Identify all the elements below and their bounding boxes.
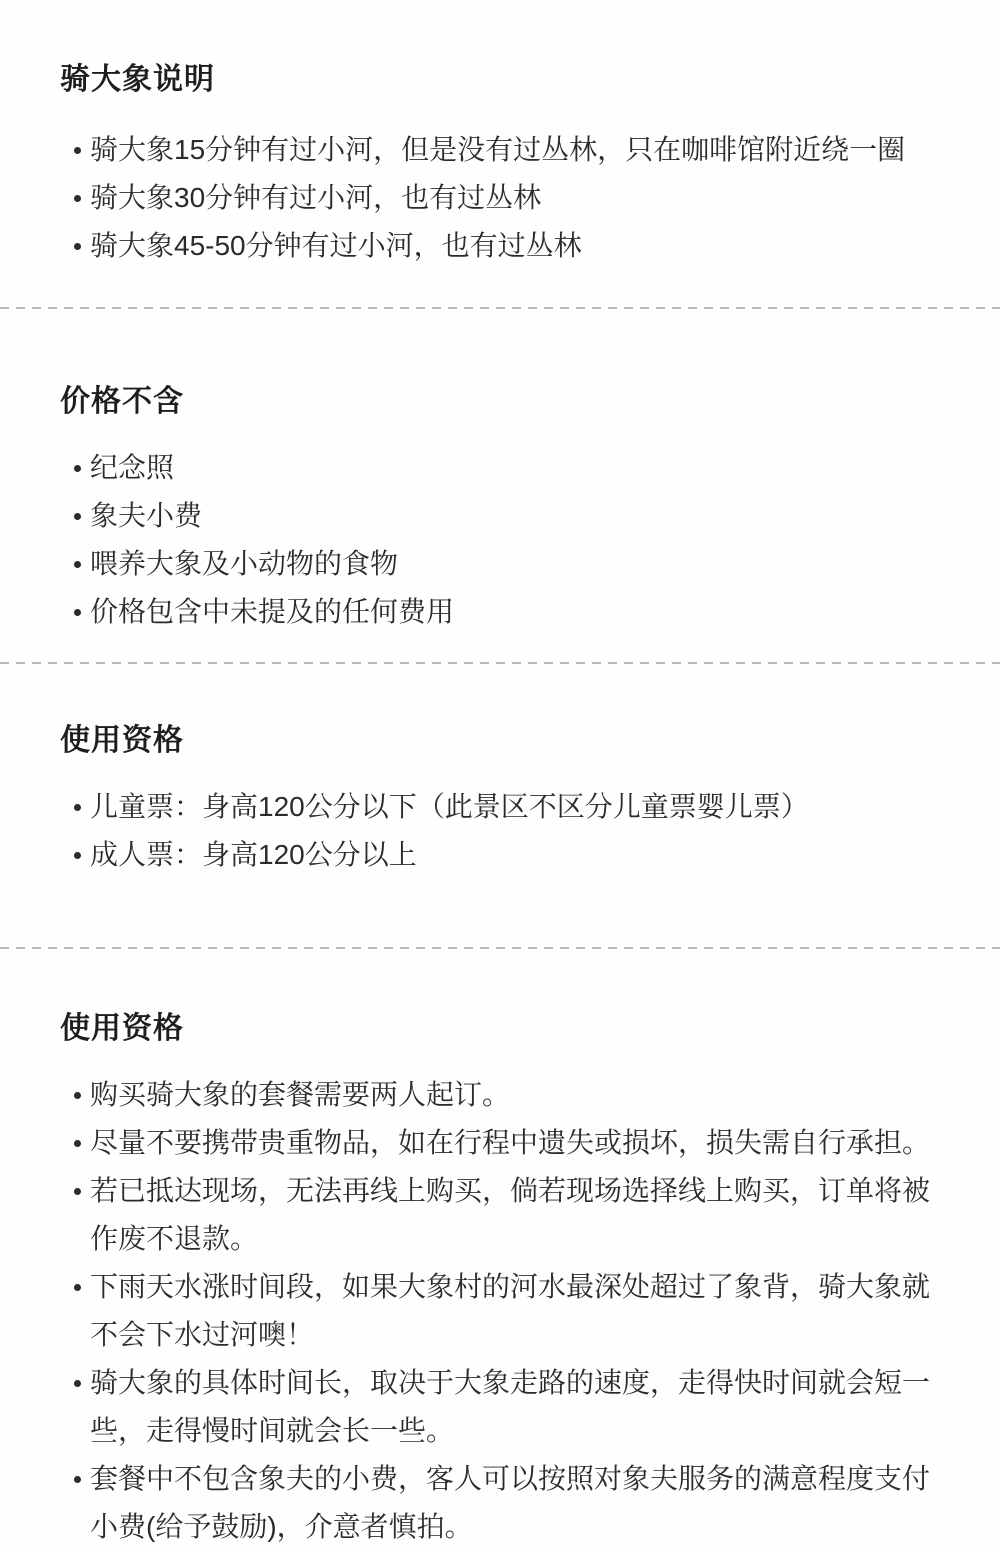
elephant-ride-terms-page: 骑大象说明 骑大象15分钟有过小河，但是没有过丛林，只在咖啡馆附近绕一圈 骑大象… [0, 0, 1000, 1546]
bullet-dot-icon [74, 1167, 90, 1195]
list-item: 儿童票：身高120公分以下（此景区不区分儿童票婴儿票） [74, 783, 938, 831]
list-item: 骑大象15分钟有过小河，但是没有过丛林，只在咖啡馆附近绕一圈 [74, 126, 938, 174]
bullet-dot-icon [74, 831, 90, 859]
list-item-text: 儿童票：身高120公分以下（此景区不区分儿童票婴儿票） [90, 783, 938, 831]
list-item: 骑大象45-50分钟有过小河，也有过丛林 [74, 222, 938, 270]
list-item-text: 象夫小费 [90, 492, 938, 540]
list-item: 套餐中不包含象夫的小费，客人可以按照对象夫服务的满意程度支付小费(给予鼓励)，介… [74, 1455, 938, 1546]
dashed-divider [0, 307, 1000, 309]
price-excludes-list: 纪念照 象夫小费 喂养大象及小动物的食物 价格包含中未提及的任何费用 [74, 444, 938, 636]
dashed-divider [0, 947, 1000, 949]
section-title-eligibility-notes: 使用资格 [60, 1009, 940, 1049]
list-item: 购买骑大象的套餐需要两人起订。 [74, 1071, 938, 1119]
bullet-dot-icon [74, 588, 90, 616]
list-item: 尽量不要携带贵重物品，如在行程中遗失或损坏，损失需自行承担。 [74, 1119, 938, 1167]
section-price-excludes: 价格不含 纪念照 象夫小费 喂养大象及小动物的食物 价格包含中未提及的任何费用 [0, 382, 1000, 636]
bullet-dot-icon [74, 540, 90, 568]
bullet-dot-icon [74, 1071, 90, 1099]
list-item-text: 喂养大象及小动物的食物 [90, 540, 938, 588]
list-item-text: 价格包含中未提及的任何费用 [90, 588, 938, 636]
dashed-divider [0, 662, 1000, 664]
list-item: 纪念照 [74, 444, 938, 492]
list-item-text: 骑大象的具体时间长，取决于大象走路的速度，走得快时间就会短一些，走得慢时间就会长… [90, 1359, 938, 1455]
bullet-dot-icon [74, 1455, 90, 1483]
bullet-dot-icon [74, 1359, 90, 1387]
bullet-dot-icon [74, 1119, 90, 1147]
bullet-dot-icon [74, 174, 90, 202]
bullet-dot-icon [74, 783, 90, 811]
list-item-text: 成人票：身高120公分以上 [90, 831, 938, 879]
list-item-text: 骑大象15分钟有过小河，但是没有过丛林，只在咖啡馆附近绕一圈 [90, 126, 938, 174]
list-item: 成人票：身高120公分以上 [74, 831, 938, 879]
bullet-dot-icon [74, 492, 90, 520]
list-item-text: 套餐中不包含象夫的小费，客人可以按照对象夫服务的满意程度支付小费(给予鼓励)，介… [90, 1455, 938, 1546]
list-item-text: 若已抵达现场，无法再线上购买，倘若现场选择线上购买，订单将被作废不退款。 [90, 1167, 938, 1263]
eligibility-notes-list: 购买骑大象的套餐需要两人起订。 尽量不要携带贵重物品，如在行程中遗失或损坏，损失… [74, 1071, 938, 1546]
list-item: 骑大象30分钟有过小河，也有过丛林 [74, 174, 938, 222]
list-item: 下雨天水涨时间段，如果大象村的河水最深处超过了象背，骑大象就不会下水过河噢！ [74, 1263, 938, 1359]
section-eligibility-notes: 使用资格 购买骑大象的套餐需要两人起订。 尽量不要携带贵重物品，如在行程中遗失或… [0, 1009, 1000, 1546]
bullet-dot-icon [74, 444, 90, 472]
list-item-text: 纪念照 [90, 444, 938, 492]
bullet-dot-icon [74, 1263, 90, 1291]
ride-description-list: 骑大象15分钟有过小河，但是没有过丛林，只在咖啡馆附近绕一圈 骑大象30分钟有过… [74, 126, 938, 270]
list-item-text: 骑大象30分钟有过小河，也有过丛林 [90, 174, 938, 222]
section-ride-description: 骑大象说明 骑大象15分钟有过小河，但是没有过丛林，只在咖啡馆附近绕一圈 骑大象… [0, 60, 1000, 270]
list-item: 若已抵达现场，无法再线上购买，倘若现场选择线上购买，订单将被作废不退款。 [74, 1167, 938, 1263]
list-item: 骑大象的具体时间长，取决于大象走路的速度，走得快时间就会短一些，走得慢时间就会长… [74, 1359, 938, 1455]
list-item-text: 下雨天水涨时间段，如果大象村的河水最深处超过了象背，骑大象就不会下水过河噢！ [90, 1263, 938, 1359]
list-item-text: 骑大象45-50分钟有过小河，也有过丛林 [90, 222, 938, 270]
section-eligibility-tickets: 使用资格 儿童票：身高120公分以下（此景区不区分儿童票婴儿票） 成人票：身高1… [0, 721, 1000, 879]
list-item: 象夫小费 [74, 492, 938, 540]
eligibility-tickets-list: 儿童票：身高120公分以下（此景区不区分儿童票婴儿票） 成人票：身高120公分以… [74, 783, 938, 879]
section-title-price-excludes: 价格不含 [60, 382, 940, 422]
bullet-dot-icon [74, 222, 90, 250]
list-item-text: 购买骑大象的套餐需要两人起订。 [90, 1071, 938, 1119]
list-item: 喂养大象及小动物的食物 [74, 540, 938, 588]
list-item-text: 尽量不要携带贵重物品，如在行程中遗失或损坏，损失需自行承担。 [90, 1119, 938, 1167]
list-item: 价格包含中未提及的任何费用 [74, 588, 938, 636]
bullet-dot-icon [74, 126, 90, 154]
section-title-eligibility-tickets: 使用资格 [60, 721, 940, 761]
section-title-ride-description: 骑大象说明 [60, 60, 940, 100]
